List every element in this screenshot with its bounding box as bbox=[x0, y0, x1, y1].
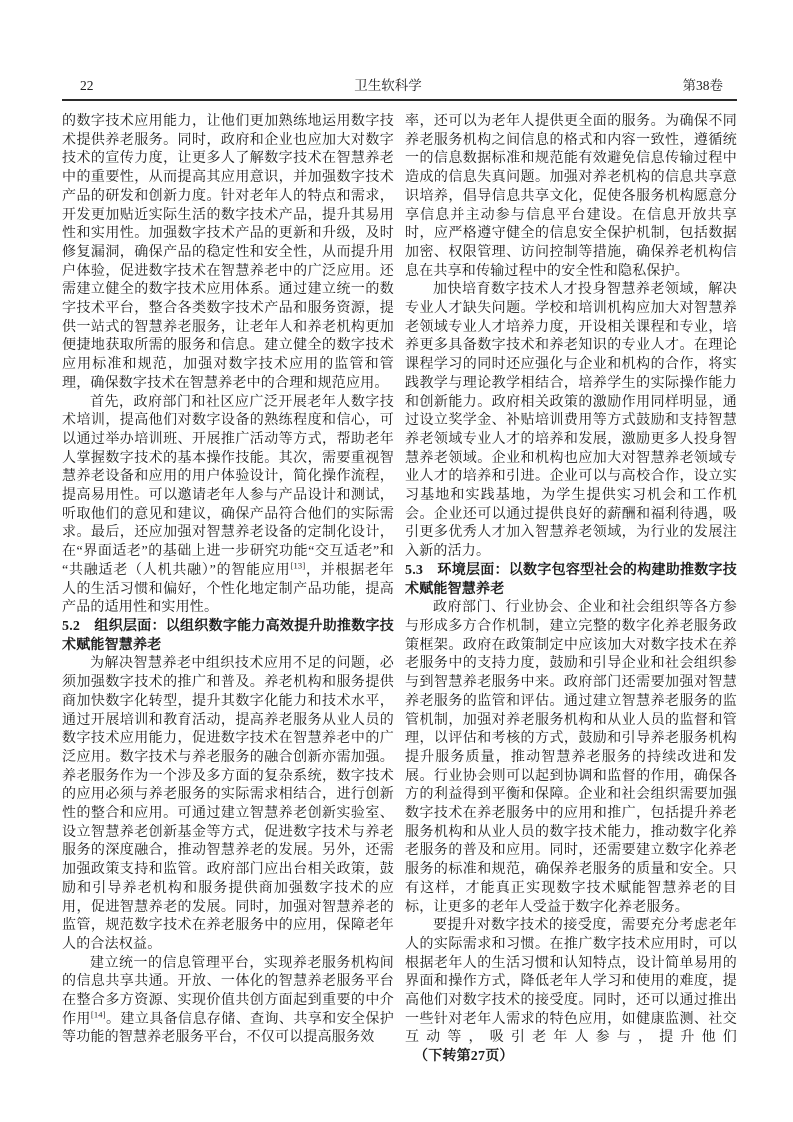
body-paragraph: 首先，政府部门和社区应广泛开展老年人数字技术培训，提高他们对数字设备的熟练程度和… bbox=[62, 394, 394, 618]
body-paragraph: 为解决智慧养老中组织技术应用不足的问题，必须加强数字技术的推广和普及。养老机构和… bbox=[62, 655, 394, 954]
continuation-note: （下转第27页） bbox=[414, 1049, 514, 1064]
volume-label: 第38卷 bbox=[683, 78, 724, 94]
header-rule bbox=[62, 99, 737, 101]
paragraph-text: 首先，政府部门和社区应广泛开展老年人数字技术培训，提高他们对数字设备的熟练程度和… bbox=[62, 395, 394, 578]
citation-ref-13: [13] bbox=[290, 560, 305, 570]
body-paragraph: 要提升对数字技术的接受度，需要充分考虑老年人的实际需求和习惯。在推广数字技术应用… bbox=[405, 917, 737, 1067]
right-column: 率，还可以为老年人提供更全面的服务。为确保不同养老服务机构之间信息的格式和内容一… bbox=[405, 113, 737, 1067]
page-number: 22 bbox=[80, 78, 94, 94]
body-paragraph: 建立统一的信息管理平台，实现养老服务机构间的信息共享共通。开放、一体化的智慧养老… bbox=[62, 955, 394, 1049]
citation-ref-14: [14] bbox=[91, 1009, 106, 1019]
page-header: 22 卫生软科学 第38卷 bbox=[62, 78, 737, 99]
body-paragraph: 政府部门、行业协会、企业和社会组织等各方参与形成多方合作机制，建立完整的数字化养… bbox=[405, 599, 737, 917]
left-column: 的数字技术应用能力，让他们更加熟练地运用数字技术提供养老服务。同时，政府和企业也… bbox=[62, 113, 394, 1067]
paragraph-text: 。建立具备信息存储、查询、共享和安全保护等功能的智慧养老服务平台，不仅可以提高服… bbox=[62, 1012, 394, 1046]
section-heading-5-2: 5.2 组织层面：以组织数字能力高效提升助推数字技术赋能智慧养老 bbox=[62, 618, 394, 655]
section-heading-5-3: 5.3 环境层面：以数字包容型社会的构建助推数字技术赋能智慧养老 bbox=[405, 562, 737, 599]
paragraph-text: 要提升对数字技术的接受度，需要充分考虑老年人的实际需求和习惯。在推广数字技术应用… bbox=[405, 918, 737, 1045]
body-paragraph: 加快培育数字技术人才投身智慧养老领域，解决专业人才缺失问题。学校和培训机构应加大… bbox=[405, 281, 737, 562]
article-body: 的数字技术应用能力，让他们更加熟练地运用数字技术提供养老服务。同时，政府和企业也… bbox=[62, 113, 737, 1067]
journal-page: 22 卫生软科学 第38卷 的数字技术应用能力，让他们更加熟练地运用数字技术提供… bbox=[0, 0, 793, 1122]
journal-title: 卫生软科学 bbox=[354, 78, 422, 94]
body-paragraph-continuation: 率，还可以为老年人提供更全面的服务。为确保不同养老服务机构之间信息的格式和内容一… bbox=[405, 113, 737, 281]
body-paragraph-continuation: 的数字技术应用能力，让他们更加熟练地运用数字技术提供养老服务。同时，政府和企业也… bbox=[62, 113, 394, 394]
